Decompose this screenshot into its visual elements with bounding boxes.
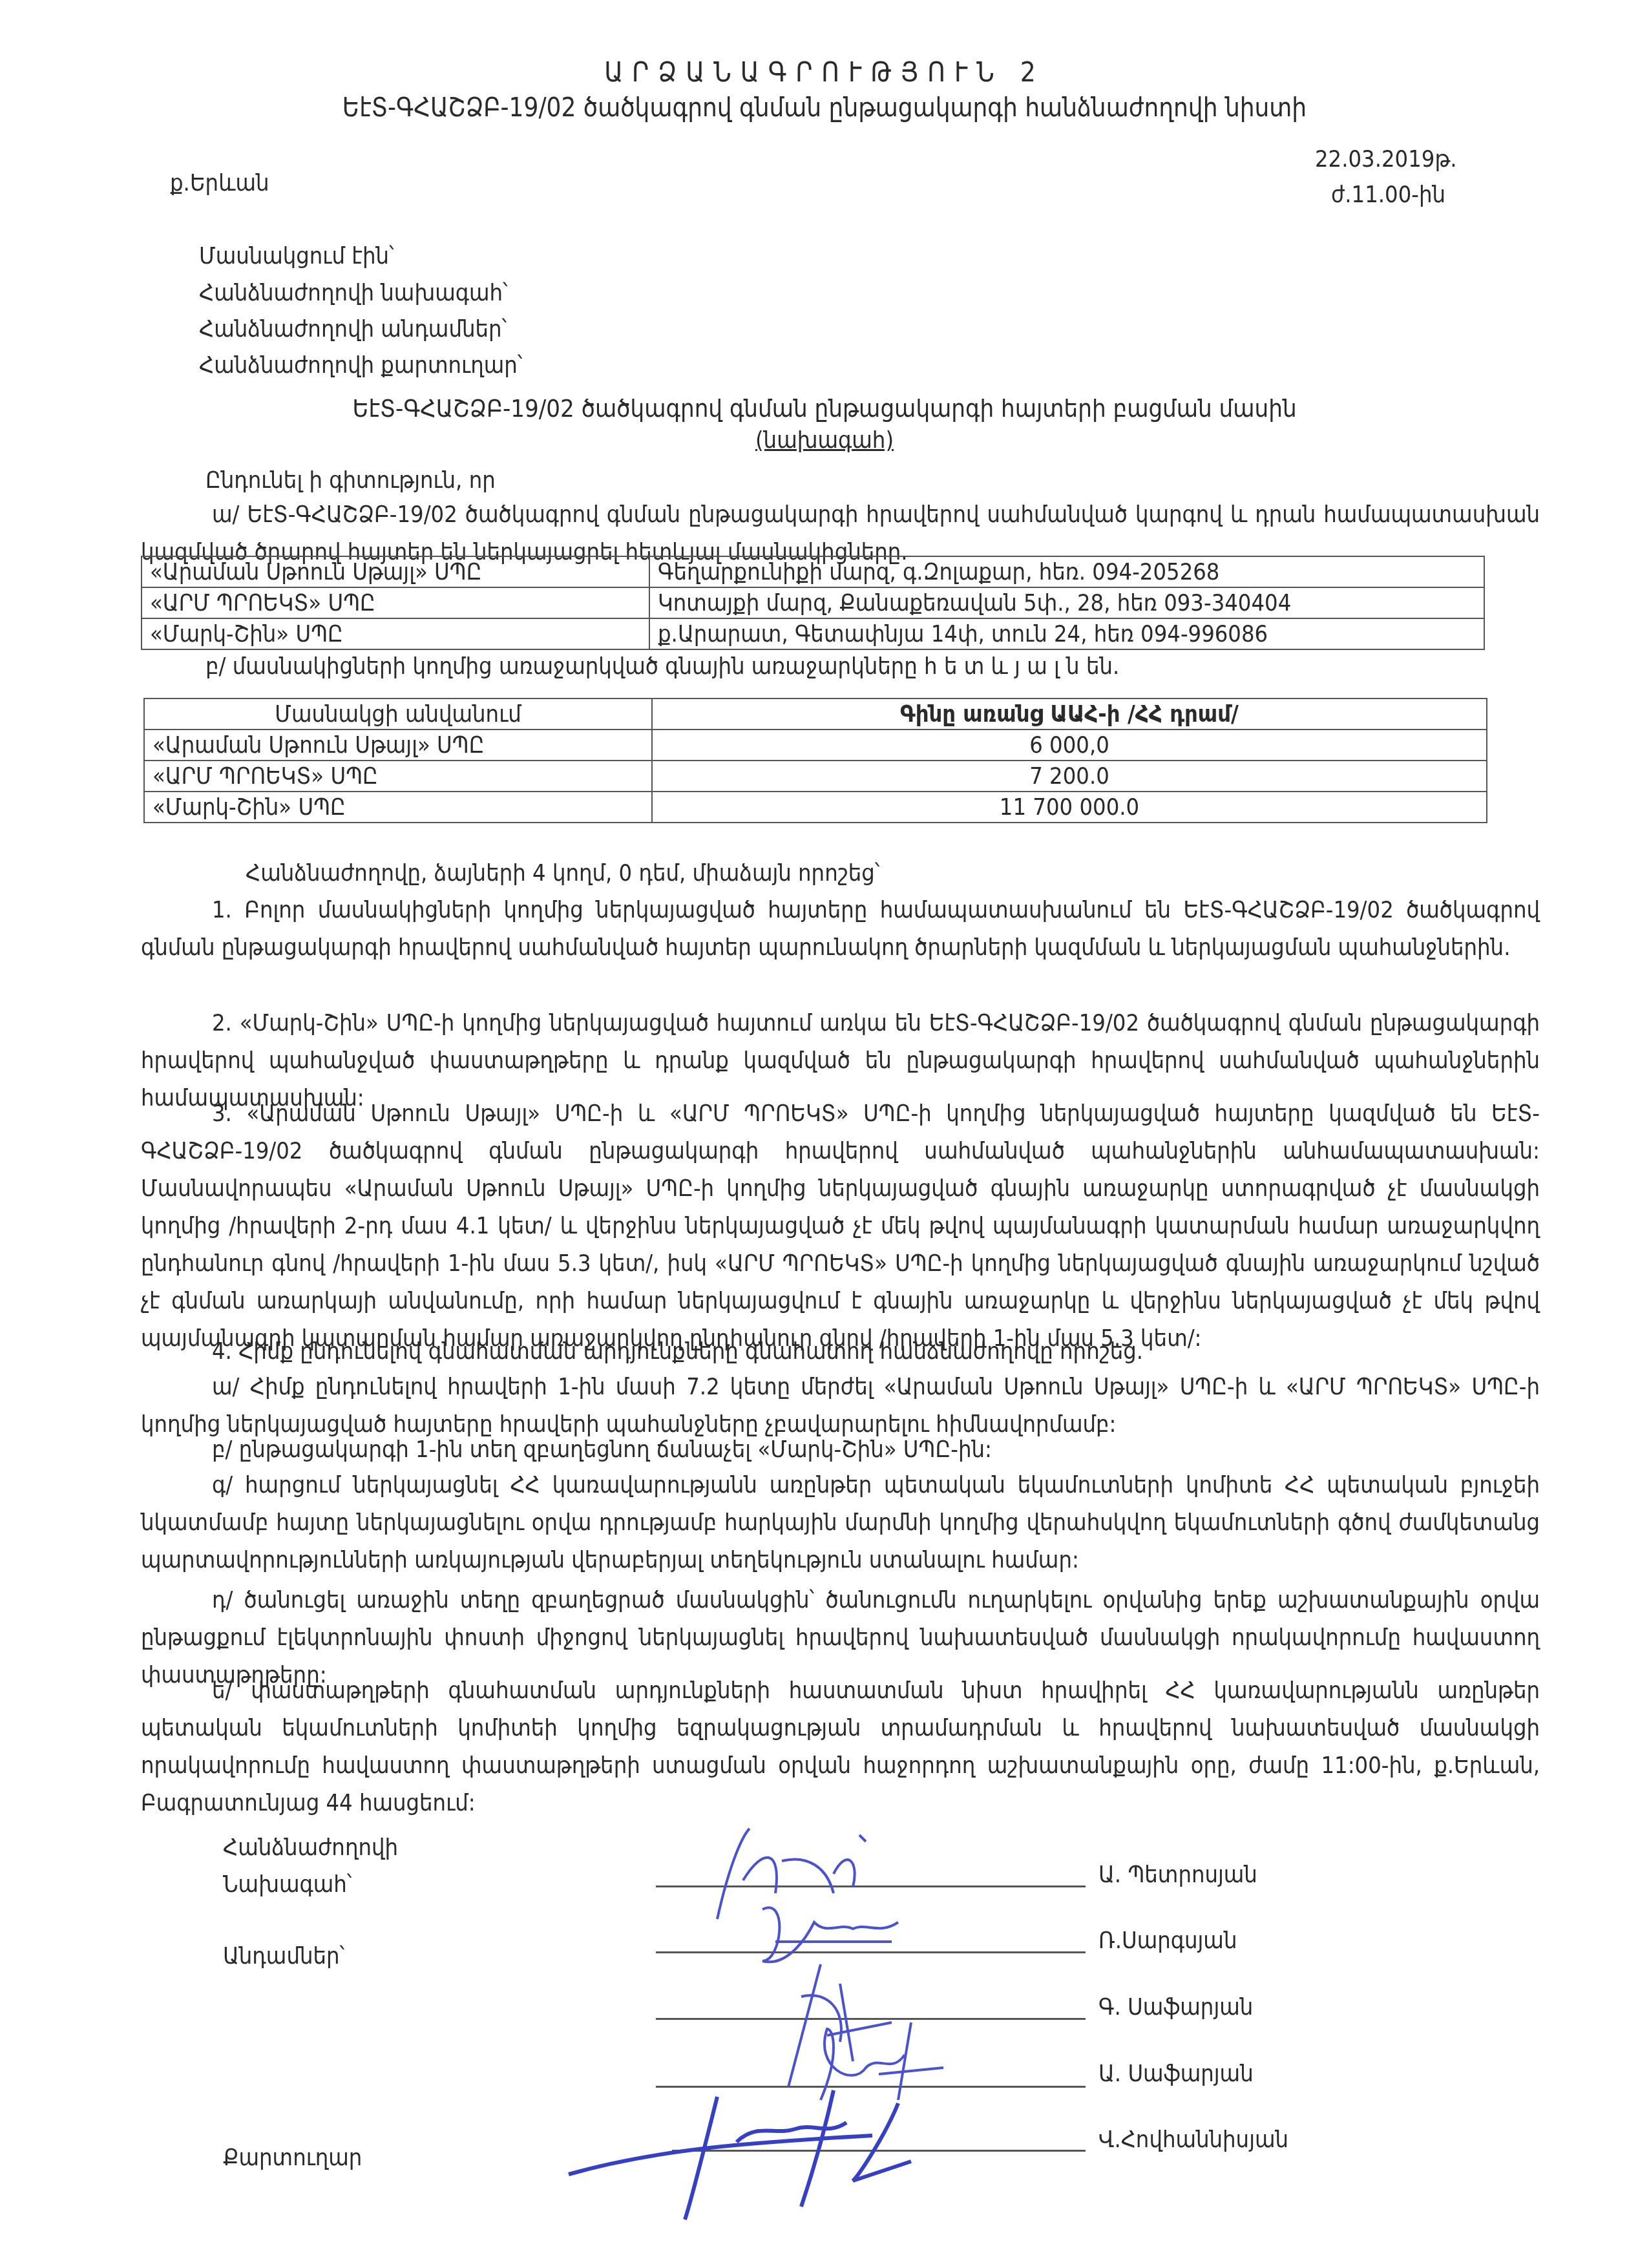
decision-subitem-a: ա/ Հիմք ընդունելով հրավերի 1-ին մասի 7.2…: [141, 1369, 1540, 1444]
attendees-intro: Մասնակցում էին՝: [199, 242, 394, 271]
chair-label-1: Հանձնաժողովի: [223, 1834, 398, 1862]
vote-result: Հանձնաժողովը, ձայների 4 կողմ, 0 դեմ, միա…: [246, 859, 880, 888]
participant-contact: Կոտայքի մարզ, Քանաքեռավան 5փ., 28, հեռ 0…: [649, 587, 1484, 618]
participant-name: «ԱՐՄ ՊՐՈԵԿՏ» ՍՊԸ: [142, 587, 649, 618]
participant-contact: Գեղարքունիքի մարզ, գ.Զոլաքար, հեռ. 094-2…: [649, 556, 1484, 587]
signature-secretary: [562, 2084, 1014, 2229]
members-label: Անդամներ՝: [223, 1942, 344, 1971]
table-header-row: Մասնակցի անվանում Գինը առանց ԱԱՀ-ի /ՀՀ դ…: [144, 698, 1487, 730]
table-row: «ԱՐՄ ՊՐՈԵԿՏ» ՍՊԸ 7 200.0: [144, 761, 1487, 792]
decision-subitem-e: ե/ փաստաթղթերի գնահատման արդյունքների հա…: [141, 1672, 1540, 1822]
point-b: բ/ մասնակիցների կողմից առաջարկված գնային…: [205, 653, 1119, 681]
decision-subitem-b: բ/ ընթացակարգի 1-ին տեղ զբաղեցնող ճանաչե…: [212, 1436, 992, 1464]
price: 11 700 000.0: [652, 792, 1487, 823]
table-row: «ԱՐՄ ՊՐՈԵԿՏ» ՍՊԸ Կոտայքի մարզ, Քանաքեռավ…: [142, 587, 1484, 618]
attendees-secretary: Հանձնաժողովի քարտուղար՝: [199, 352, 522, 380]
prices-table: Մասնակցի անվանում Գինը առանց ԱԱՀ-ի /ՀՀ դ…: [143, 698, 1487, 823]
signer-name: Գ. Սաֆարյան: [1098, 1993, 1253, 2022]
price: 7 200.0: [652, 761, 1487, 792]
table-row: «Արաման Սթոուն Սթայլ» ՍՊԸ Գեղարքունիքի մ…: [142, 556, 1484, 587]
signer-name: Ա. Սաֆարյան: [1098, 2060, 1254, 2088]
chair-label-2: Նախագահ՝: [223, 1871, 352, 1899]
decision-item-1: 1. Բոլոր մասնակիցների կողմից ներկայացված…: [141, 892, 1540, 967]
participants-table: «Արաման Սթոուն Սթայլ» ՍՊԸ Գեղարքունիքի մ…: [141, 556, 1485, 650]
section-heading: ԵէՏ-ԳՀԱՇՁԲ-19/02 ծածկագրով գնման ընթացակ…: [0, 394, 1649, 423]
decision-subitem-c: գ/ հարցում ներկայացնել ՀՀ կառավարությանն…: [141, 1467, 1540, 1579]
table-row: «Արաման Սթոուն Սթայլ» ՍՊԸ 6 000,0: [144, 730, 1487, 761]
attendees-members: Հանձնաժողովի անդամներ՝: [199, 315, 507, 344]
document-subtitle: ԵէՏ-ԳՀԱՇՁԲ-19/02 ծածկագրով գնման ընթացակ…: [0, 94, 1649, 122]
decision-item-3: 3. «Արաման Սթոուն Սթայլ» ՍՊԸ-ի և «ԱՐՄ ՊՐ…: [141, 1095, 1540, 1358]
header-participant: Մասնակցի անվանում: [144, 698, 652, 730]
participant-name: «Արաման Սթոուն Սթայլ» ՍՊԸ: [142, 556, 649, 587]
participant-name: «Մարկ-Շին» ՍՊԸ: [142, 618, 649, 649]
participant-name: «Մարկ-Շին» ՍՊԸ: [144, 792, 652, 823]
participant-name: «ԱՐՄ ՊՐՈԵԿՏ» ՍՊԸ: [144, 761, 652, 792]
price: 6 000,0: [652, 730, 1487, 761]
signer-name: Ա. Պետրոսյան: [1098, 1861, 1257, 1889]
section-intro: Ընդունել ի գիտություն, որ: [205, 467, 496, 495]
header-price: Գինը առանց ԱԱՀ-ի /ՀՀ դրամ/: [652, 698, 1487, 730]
date: 22.03.2019թ.: [1315, 145, 1457, 174]
signer-name: Ռ.Սարգսյան: [1098, 1927, 1237, 1955]
signer-name: Վ.Հովհաննիսյան: [1098, 2126, 1288, 2154]
participant-name: «Արաման Սթոուն Սթայլ» ՍՊԸ: [144, 730, 652, 761]
participant-contact: ք.Արարատ, Գետափնյա 14փ, տուն 24, հեռ 094…: [649, 618, 1484, 649]
table-row: «Մարկ-Շին» ՍՊԸ 11 700 000.0: [144, 792, 1487, 823]
time: ժ.11.00-ին: [1331, 181, 1445, 209]
secretary-label: Քարտուղար: [223, 2144, 362, 2172]
city: ք.Երևան: [170, 169, 269, 198]
section-speaker: (նախագահ): [0, 426, 1649, 455]
attendees-chair: Հանձնաժողովի նախագահ՝: [199, 279, 508, 308]
table-row: «Մարկ-Շին» ՍՊԸ ք.Արարատ, Գետափնյա 14փ, տ…: [142, 618, 1484, 649]
document-title: ԱՐՁԱՆԱԳՐՈՒԹՅՈՒՆ 2: [0, 58, 1649, 87]
decision-item-4: 4. Հիմք ընդունելով գնահատման արդյունքներ…: [212, 1338, 1143, 1366]
